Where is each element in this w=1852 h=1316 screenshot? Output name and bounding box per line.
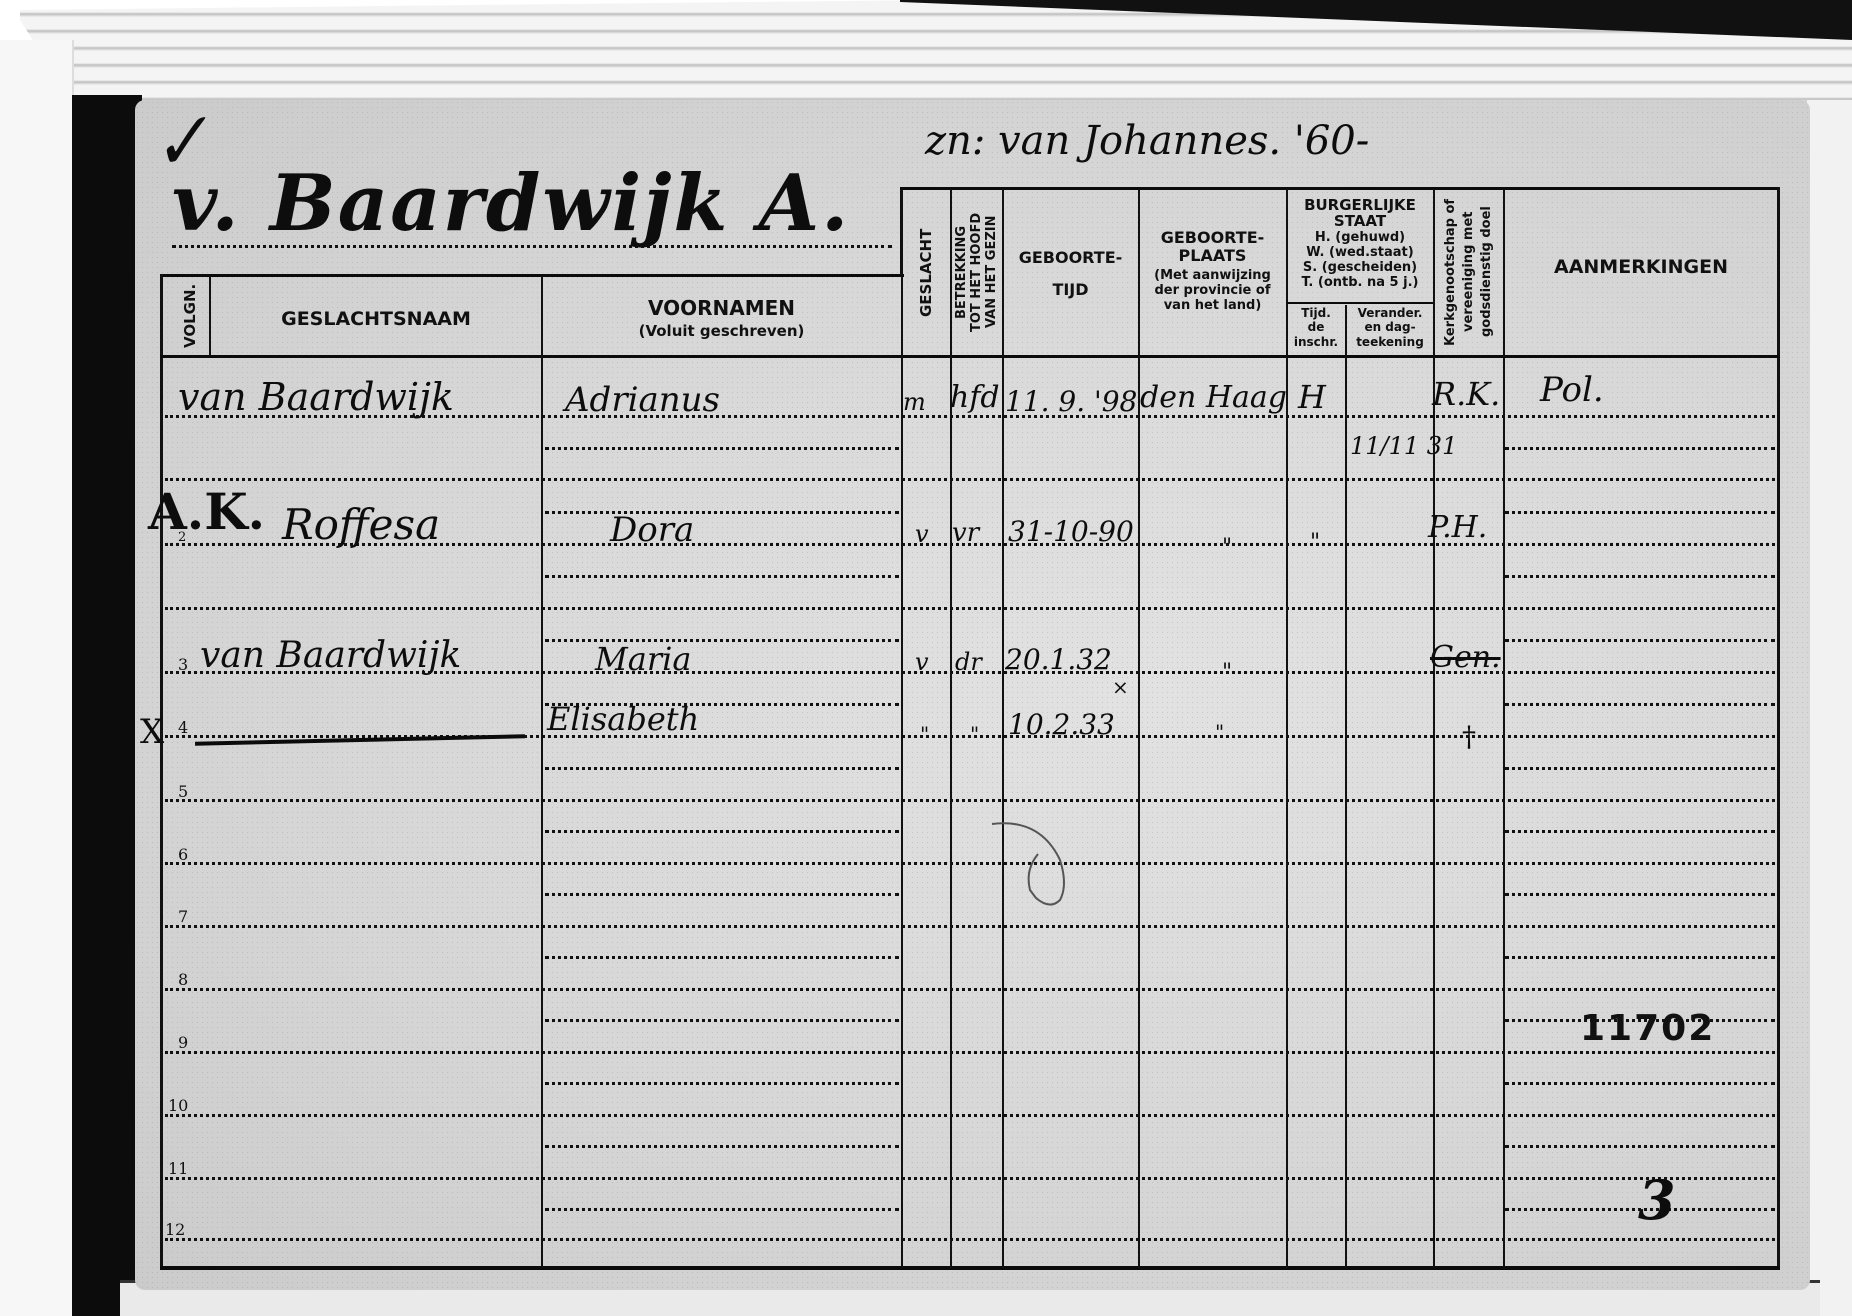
cell-voornamen: Adrianus — [565, 380, 720, 420]
header-volgnr: VOLGN. — [175, 280, 205, 352]
cell-geboortetijd-mark: × — [1112, 675, 1129, 699]
cell-geslacht: m — [903, 388, 926, 416]
row-line — [165, 862, 1775, 865]
row-number: 8 — [178, 970, 188, 989]
half-row-line — [545, 1082, 899, 1085]
half-row-line — [1505, 575, 1775, 578]
col-line-volgnr — [209, 276, 211, 356]
cell-geboortetijd: 20.1.32 — [1005, 643, 1112, 676]
half-row-line — [1505, 447, 1775, 450]
row-number: 9 — [178, 1033, 188, 1052]
row-line — [165, 1051, 1775, 1054]
cell-geslacht: v — [915, 520, 929, 548]
header-tijd-line2: de — [1287, 320, 1345, 334]
cell-aanmerkingen: Pol. — [1540, 370, 1604, 410]
header-kerkgenootschap: Kerkgenootschap of vereeniging met godsd… — [1436, 192, 1502, 352]
half-row-line — [1505, 893, 1775, 896]
row-number: 7 — [178, 907, 188, 926]
burgerlijke-staat-subdivider — [1286, 302, 1433, 304]
cell-geboorteplaats: den Haag — [1140, 380, 1287, 415]
row-line — [165, 1114, 1775, 1117]
cell-geboortetijd: 11. 9. '98 — [1005, 385, 1137, 418]
row-number: 10 — [168, 1096, 188, 1115]
header-geboortetijd-line1: GEBOORTE- — [1004, 248, 1137, 267]
row-line — [165, 799, 1775, 802]
header-geboorteplaats-sub1: (Met aanwijzing — [1140, 268, 1285, 283]
corner-handwritten-number: 3 — [1638, 1168, 1676, 1232]
header-verander-line2: en dag- — [1347, 320, 1433, 334]
card-number-stamp: 11702 — [1580, 1008, 1715, 1049]
col-line-tijd — [1345, 305, 1347, 1268]
cell-geboortetijd: 31-10-90 — [1008, 515, 1134, 548]
half-row-line — [1505, 639, 1775, 642]
header-geboorteplaats-sub2: der provincie of — [1140, 283, 1285, 298]
header-kerk-line1: Kerkgenootschap of — [1442, 192, 1460, 352]
header-tijd-line1: Tijd. — [1287, 306, 1345, 320]
cell-voornamen: Maria — [595, 640, 691, 678]
half-row-line — [545, 767, 899, 770]
row-number: 11 — [168, 1159, 188, 1178]
cell-geboorteplaats: " — [1215, 720, 1224, 744]
cell-geslachtsnaam: van Baardwijk — [200, 635, 461, 676]
pencil-arc-mark — [990, 810, 1080, 910]
header-burgerlijke-staat-sub3: S. (gescheiden) — [1288, 260, 1432, 275]
cell-kerk: P.H. — [1428, 510, 1487, 545]
col-line-geboorteplaats — [1286, 189, 1288, 1268]
half-row-line — [545, 1208, 899, 1211]
table-right-border — [1777, 187, 1780, 1269]
cell-geslacht: " — [920, 722, 929, 746]
row-line — [165, 478, 1775, 481]
row-number: 3 — [178, 655, 188, 674]
half-row-line — [545, 1145, 899, 1148]
row-line — [165, 607, 1775, 610]
header-betrekking-line3: VAN HET GEZIN — [984, 192, 999, 352]
header-bottom — [160, 355, 1780, 358]
half-row-line — [545, 830, 899, 833]
col-line-voornamen — [901, 189, 903, 1268]
half-row-line — [545, 511, 899, 514]
cell-betrekking: " — [970, 722, 979, 746]
header-verander-line3: teekening — [1347, 335, 1433, 349]
header-geboorteplaats-line1: GEBOORTE- — [1140, 228, 1285, 247]
cell-geboortetijd: 10.2.33 — [1008, 708, 1115, 741]
header-aanmerkingen: AANMERKINGEN — [1505, 256, 1777, 278]
half-row-line — [545, 956, 899, 959]
cell-geslachtsnaam: van Baardwijk — [178, 375, 454, 419]
cell-betrekking: vr — [952, 518, 979, 548]
header-geslachtsnaam: GESLACHTSNAAM — [212, 308, 540, 330]
cell-tijd: H — [1298, 378, 1326, 416]
header-burgerlijke-staat-sub2: W. (wed.staat) — [1288, 245, 1432, 260]
half-row-line — [545, 447, 899, 450]
photo-frame-left — [0, 40, 74, 1316]
row-number: 6 — [178, 845, 188, 864]
col-line-kerk — [1503, 189, 1505, 1268]
card-title-note: zn: van Johannes. '60- — [925, 118, 1369, 164]
header-kerk-line3: godsdienstig doel — [1478, 192, 1496, 352]
cell-geboorteplaats: " — [1222, 535, 1232, 560]
row-number: 4 — [178, 718, 188, 737]
card-title-surname: v. Baardwijk A. — [172, 158, 850, 249]
cell-kerk: † — [1462, 720, 1476, 753]
header-burgerlijke-staat-sub4: T. (ontb. na 5 j.) — [1288, 275, 1432, 290]
header-burgerlijke-staat-sub1: H. (gehuwd) — [1288, 230, 1432, 245]
header-tijd-line3: inschr. — [1287, 335, 1345, 349]
header-geslacht: GESLACHT — [903, 195, 949, 350]
photo-frame-right — [1805, 100, 1852, 1316]
half-row-line — [545, 893, 899, 896]
half-row-line — [1505, 703, 1775, 706]
row-number: 5 — [178, 782, 188, 801]
row-line — [165, 1238, 1775, 1241]
cell-kerk: Gen. — [1430, 640, 1501, 675]
margin-cross-mark: X — [140, 712, 164, 752]
half-row-line — [1505, 956, 1775, 959]
cell-tijd: " — [1310, 530, 1320, 555]
col-line-betrekking — [1002, 189, 1004, 1268]
header-top-right — [900, 187, 1780, 190]
row-line — [165, 925, 1775, 928]
row-line — [165, 1177, 1775, 1180]
cell-voornamen: Elisabeth — [547, 700, 699, 738]
header-voornamen-sub: (Voluit geschreven) — [543, 322, 900, 340]
header-verander-line1: Verander. — [1347, 306, 1433, 320]
cell-betrekking: dr — [955, 648, 982, 676]
col-line-geslachtsnaam — [541, 276, 543, 1268]
row-line — [165, 988, 1775, 991]
header-geboorteplaats-line2: PLAATS — [1140, 246, 1285, 265]
half-row-line — [1505, 830, 1775, 833]
header-betrekking-line1: BETREKKING — [954, 192, 969, 352]
cell-geboorteplaats: " — [1222, 660, 1232, 685]
cell-kerk: R.K. — [1432, 375, 1500, 413]
half-row-line — [1505, 767, 1775, 770]
header-voornamen: VOORNAMEN — [543, 296, 900, 320]
col-line-geboortetijd — [1138, 189, 1140, 1268]
cell-geslacht: v — [915, 648, 929, 676]
margin-stamp: A.K. — [148, 482, 265, 541]
cell-voornamen: Dora — [610, 510, 694, 550]
header-betrekking: BETREKKING TOT HET HOOFD VAN HET GEZIN — [952, 192, 1001, 352]
table-left-border — [160, 274, 163, 1269]
half-row-line — [1505, 1145, 1775, 1148]
half-row-line — [545, 1019, 899, 1022]
table-bottom-border — [160, 1266, 1780, 1270]
half-row-line — [545, 575, 899, 578]
cell-verander: 11/11 31 — [1350, 432, 1457, 460]
header-kerk-line2: vereeniging met — [1460, 192, 1478, 352]
col-line-verander — [1433, 189, 1435, 1268]
header-geboorteplaats-sub3: van het land) — [1140, 298, 1285, 313]
title-box-bottom — [162, 274, 904, 277]
half-row-line — [1505, 511, 1775, 514]
half-row-line — [1505, 1082, 1775, 1085]
header-geboortetijd-line2: TIJD — [1004, 280, 1137, 299]
header-betrekking-line2: TOT HET HOOFD — [969, 192, 984, 352]
cell-betrekking: hfd — [950, 380, 1000, 415]
photo-frame-left-shadow — [72, 95, 142, 1316]
header-burgerlijke-staat-line2: STAAT — [1288, 212, 1432, 230]
cell-geslachtsnaam: Roffesa — [282, 500, 440, 549]
row-number: 12 — [165, 1220, 185, 1239]
